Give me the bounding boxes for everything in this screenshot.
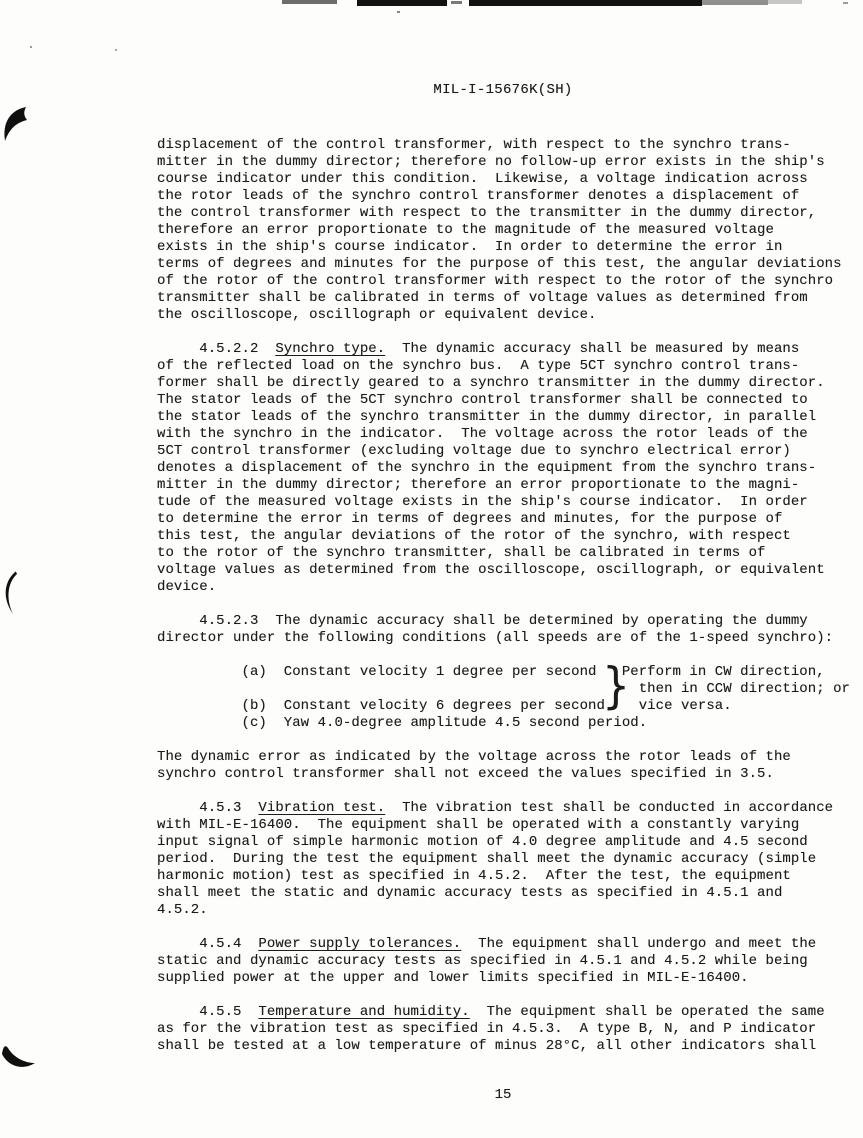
scan-artifact-top-bar: [357, 0, 447, 6]
text-line: device.: [157, 579, 857, 596]
text-line: The dynamic error as indicated by the vo…: [157, 749, 857, 766]
text-line: terms of degrees and minutes for the pur…: [157, 256, 857, 273]
text-line: the oscilloscope, oscillograph or equiva…: [157, 307, 857, 324]
text-line: shall meet the static and dynamic accura…: [157, 885, 857, 902]
underlined-heading: Vibration test.: [258, 800, 385, 816]
text-line: 4.5.2.3 The dynamic accuracy shall be de…: [157, 613, 857, 630]
document-number: MIL-I-15676K(SH): [157, 82, 849, 99]
underlined-heading: Synchro type.: [275, 341, 385, 357]
text-line: displacement of the control transformer,…: [157, 137, 857, 154]
text-line: 4.5.5 Temperature and humidity. The equi…: [157, 1004, 857, 1021]
scan-artifact-dot: [30, 46, 32, 48]
page-number: 15: [157, 1087, 849, 1103]
grouping-brace: }: [602, 659, 630, 714]
text-line: course indicator under this condition. L…: [157, 171, 857, 188]
text-segment: 4.5.5: [157, 1004, 258, 1020]
text-line: as for the vibration test as specified i…: [157, 1021, 857, 1038]
text-line: to determine the error in terms of degre…: [157, 511, 857, 528]
document-body: displacement of the control transformer,…: [157, 137, 857, 1055]
text-line: 4.5.2.: [157, 902, 857, 919]
text-line: (c) Yaw 4.0-degree amplitude 4.5 second …: [157, 715, 857, 732]
text-segment: The vibration test shall be conducted in…: [385, 800, 833, 816]
text-line: 4.5.4 Power supply tolerances. The equip…: [157, 936, 857, 953]
text-segment: 4.5.2.2: [157, 341, 275, 357]
text-line: the control transformer with respect to …: [157, 205, 857, 222]
text-line: then in CCW direction; or: [157, 681, 857, 698]
text-line: to the rotor of the synchro transmitter,…: [157, 545, 857, 562]
text-line: the stator leads of the synchro transmit…: [157, 409, 857, 426]
text-line: 5CT control transformer (excluding volta…: [157, 443, 857, 460]
text-line: 4.5.2.2 Synchro type. The dynamic accura…: [157, 341, 857, 358]
text-line: (a) Constant velocity 1 degree per secon…: [157, 664, 857, 681]
scan-artifact-crescent: [0, 104, 36, 148]
list-test-conditions: (a) Constant velocity 1 degree per secon…: [157, 664, 857, 732]
scan-artifact-crescent: [0, 1040, 44, 1074]
text-line: transmitter shall be calibrated in terms…: [157, 290, 857, 307]
text-line: (b) Constant velocity 6 degrees per seco…: [157, 698, 857, 715]
text-line: The stator leads of the 5CT synchro cont…: [157, 392, 857, 409]
text-line: shall be tested at a low temperature of …: [157, 1038, 857, 1055]
scan-artifact-top-speck: [451, 1, 462, 4]
text-line: former shall be directly geared to a syn…: [157, 375, 857, 392]
text-line: voltage values as determined from the os…: [157, 562, 857, 579]
text-line: static and dynamic accuracy tests as spe…: [157, 953, 857, 970]
text-line: the rotor leads of the synchro control t…: [157, 188, 857, 205]
scan-artifact-dot: [843, 2, 848, 4]
text-line: of the reflected load on the synchro bus…: [157, 358, 857, 375]
text-line: this test, the angular deviations of the…: [157, 528, 857, 545]
text-line: denotes a displacement of the synchro in…: [157, 460, 857, 477]
scan-artifact-top-bar: [469, 0, 702, 6]
text-line: of the rotor of the control transformer …: [157, 273, 857, 290]
text-line: with MIL-E-16400. The equipment shall be…: [157, 817, 857, 834]
para-dynamic-error: The dynamic error as indicated by the vo…: [157, 749, 857, 783]
para-4-5-2-3: 4.5.2.3 The dynamic accuracy shall be de…: [157, 613, 857, 647]
para-4-5-5: 4.5.5 Temperature and humidity. The equi…: [157, 1004, 857, 1055]
para-continuation: displacement of the control transformer,…: [157, 137, 857, 324]
scan-artifact-top-streak: [282, 0, 337, 4]
text-segment: The equipment shall be operated the same: [470, 1004, 825, 1020]
text-line: with the synchro in the indicator. The v…: [157, 426, 857, 443]
text-line: 4.5.3 Vibration test. The vibration test…: [157, 800, 857, 817]
text-segment: The equipment shall undergo and meet the: [461, 936, 816, 952]
text-line: harmonic motion) test as specified in 4.…: [157, 868, 857, 885]
text-line: period. During the test the equipment sh…: [157, 851, 857, 868]
text-line: exists in the ship's course indicator. I…: [157, 239, 857, 256]
para-4-5-3: 4.5.3 Vibration test. The vibration test…: [157, 800, 857, 919]
text-line: synchro control transformer shall not ex…: [157, 766, 857, 783]
scan-artifact-crescent: [0, 570, 26, 618]
text-line: mitter in the dummy director; therefore …: [157, 477, 857, 494]
para-4-5-4: 4.5.4 Power supply tolerances. The equip…: [157, 936, 857, 987]
text-line: director under the following conditions …: [157, 630, 857, 647]
text-line: supplied power at the upper and lower li…: [157, 970, 857, 987]
scan-artifact-top-streak: [702, 0, 768, 5]
text-segment: The dynamic accuracy shall be measured b…: [385, 341, 799, 357]
scan-artifact-top-streak: [768, 0, 802, 4]
text-line: input signal of simple harmonic motion o…: [157, 834, 857, 851]
text-line: tude of the measured voltage exists in t…: [157, 494, 857, 511]
para-4-5-2-2: 4.5.2.2 Synchro type. The dynamic accura…: [157, 341, 857, 596]
scan-artifact-dot: [115, 49, 117, 51]
text-segment: 4.5.4: [157, 936, 258, 952]
underlined-heading: Power supply tolerances.: [258, 936, 461, 952]
scan-artifact-dot: [397, 11, 400, 13]
text-segment: 4.5.3: [157, 800, 258, 816]
scanned-document-page: MIL-I-15676K(SH) displacement of the con…: [0, 0, 863, 1138]
text-line: therefore an error proportionate to the …: [157, 222, 857, 239]
underlined-heading: Temperature and humidity.: [258, 1004, 469, 1020]
text-line: mitter in the dummy director; therefore …: [157, 154, 857, 171]
